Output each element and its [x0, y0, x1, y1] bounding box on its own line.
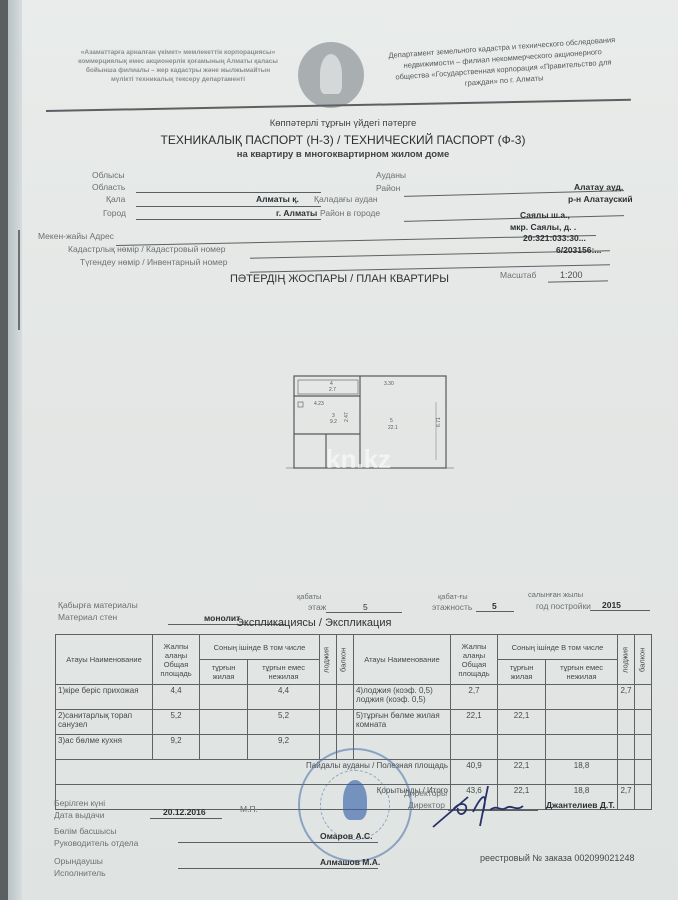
col-incl-2: Соның ішінде В том числе — [497, 635, 617, 660]
col-nonliving: тұрғын емес нежилая — [248, 660, 320, 685]
storeys-value: 5 — [492, 601, 497, 611]
row-nonliving — [546, 735, 618, 760]
cadastral-label: Кадастрлық нөмір / Кадастровый номер — [68, 244, 225, 254]
floor-line — [326, 612, 402, 613]
audany-label: Ауданы — [376, 170, 406, 180]
gorod-value: г. Алматы — [276, 208, 317, 218]
inventory-label: Түгендеу нөмір / Инвентарный номер — [80, 257, 227, 267]
storeys-label-ru: этажность — [432, 602, 472, 612]
row-living — [200, 710, 248, 735]
table-row: 1)кіре беріс прихожая4,44,44)лоджия (коэ… — [56, 685, 652, 710]
year-label-kz: салынған жылы — [528, 590, 583, 599]
org-name-ru: Департамент земельного кадастра и технич… — [387, 34, 620, 94]
row-total: 4,4 — [153, 685, 200, 710]
wall-label-ru: Материал стен — [58, 612, 117, 622]
doc-title: ТЕХНИКАЛЫҚ ПАСПОРТ (Н-3) / ТЕХНИЧЕСКИЙ П… — [8, 133, 678, 147]
stamp-emblem-icon — [343, 780, 367, 820]
row-balcony — [635, 710, 652, 735]
storeys-label-kz: қабат-ғы — [438, 592, 468, 601]
row-total: 5,2 — [153, 710, 200, 735]
table-row: 2)санитарлық торап санузел5,25,25)тұрғын… — [56, 710, 652, 735]
issued-line — [150, 818, 222, 819]
gov-logo-icon — [298, 42, 364, 108]
head-name: Омаров А.С. — [320, 831, 373, 841]
raion-gorod-label: Район в городе — [320, 208, 380, 218]
svg-text:22.1: 22.1 — [388, 425, 398, 431]
scale-value: 1:200 — [560, 270, 583, 280]
row-total: 9,2 — [153, 735, 200, 760]
useful-living: 22,1 — [497, 760, 545, 785]
subtitle-kz: Көппәтерлі тұрғын үйдегі пәтерге — [8, 118, 678, 129]
inventory-value: 6/203156:... — [556, 245, 601, 255]
col-total: Жалпы алаңы Общая площадь — [153, 635, 200, 685]
kala-value: Алматы қ. — [256, 194, 299, 204]
row-nonliving — [546, 685, 618, 710]
row-loggia: 2,7 — [618, 685, 635, 710]
row-balcony — [336, 710, 353, 735]
raion-value: Алатау ауд. — [574, 182, 623, 192]
row-loggia — [618, 735, 635, 760]
storeys-line — [476, 611, 514, 612]
scale-label: Масштаб — [500, 270, 536, 280]
row-name: 5)тұрғын бөлме жилая комната — [353, 710, 450, 735]
row-balcony — [635, 685, 652, 710]
row-loggia — [319, 710, 336, 735]
total-loggia: 2,7 — [618, 785, 635, 810]
col-total-2: Жалпы алаңы Общая площадь — [450, 635, 497, 685]
col-loggia-2: лоджия — [618, 635, 635, 685]
page-edge-shadow — [18, 230, 20, 330]
dim-3-30: 3.30 — [384, 381, 394, 387]
useful-loggia — [618, 760, 635, 785]
oblys-label: Облысы — [92, 170, 125, 180]
raion-label: Район — [376, 183, 400, 193]
row-living — [497, 735, 545, 760]
wall-label-kz: Қабырға материалы — [58, 600, 138, 610]
dim-6-71: 6.71 — [436, 417, 442, 427]
row-nonliving: 5,2 — [248, 710, 320, 735]
org-name-kz: «Азаматтарға арналған үкімет» мемлекетті… — [78, 48, 278, 84]
address-value-1: Саялы ш.а., — [520, 210, 570, 220]
dim-2-47: 2.47 — [344, 412, 350, 422]
head-line — [178, 842, 378, 843]
issued-label-kz: Берілген күні — [54, 798, 105, 808]
col-incl: Соның ішінде В том числе — [200, 635, 320, 660]
useful-nonliving: 18,8 — [546, 760, 618, 785]
useful-total: 40,9 — [450, 760, 497, 785]
col-name: Атауы Наименование — [56, 635, 153, 685]
gorod-label: Город — [103, 208, 126, 218]
row-total — [450, 735, 497, 760]
plan-title: ПӘТЕРДІҢ ЖОСПАРЫ / ПЛАН КВАРТИРЫ — [230, 273, 449, 285]
year-line — [590, 610, 650, 611]
exec-label-kz: Орындаушы — [54, 856, 103, 866]
subtitle-ru: на квартиру в многоквартирном жилом доме — [8, 149, 678, 160]
row-living — [200, 735, 248, 760]
oblast-line — [136, 192, 321, 193]
col-living-2: тұрғын жилая — [497, 660, 545, 685]
floor-label-ru: этаж — [308, 602, 326, 612]
exec-line — [178, 868, 378, 869]
year-value: 2015 — [602, 600, 621, 610]
address-value-2: мкр. Саялы, д. . — [510, 222, 576, 232]
document-page: «Азаматтарға арналған үкімет» мемлекетті… — [8, 0, 678, 900]
floor-plan: 3.30 4.23 2.47 6.71 42.7 39.2 522.1 kn.k… — [286, 372, 454, 480]
row-loggia — [319, 685, 336, 710]
row-loggia — [618, 710, 635, 735]
inventory-line — [250, 264, 610, 273]
signature-icon — [428, 782, 548, 832]
explication-title: Экспликациясы / Экспликация — [236, 617, 391, 629]
row-balcony — [635, 735, 652, 760]
floor-value: 5 — [363, 602, 368, 612]
floor-label-kz: қабаты — [297, 592, 321, 601]
order-number: реестровый № заказа 002099021248 — [480, 853, 634, 863]
total-balcony — [635, 785, 652, 810]
raion-gorod-line — [404, 215, 624, 222]
row-name: 4)лоджия (коэф. 0,5) лоджия (коэф. 0,5) — [353, 685, 450, 710]
head-label-ru: Руководитель отдела — [54, 838, 138, 848]
wall-value: монолит — [204, 613, 240, 623]
row-living — [497, 685, 545, 710]
issued-value: 20.12.2016 — [163, 807, 206, 817]
svg-text:9.2: 9.2 — [330, 419, 337, 425]
svg-text:2.7: 2.7 — [329, 387, 336, 393]
watermark: kn.kz — [326, 444, 391, 474]
row-name: 3)ас бөлме кухня — [56, 735, 153, 760]
exec-name: Алмашов М.А. — [320, 857, 380, 867]
row-nonliving — [546, 710, 618, 735]
address-label: Мекен-жайы Адрес — [38, 231, 114, 241]
row-name: 2)санитарлық торап санузел — [56, 710, 153, 735]
row-total: 22,1 — [450, 710, 497, 735]
oblast-label: Область — [92, 182, 125, 192]
row-total: 2,7 — [450, 685, 497, 710]
scale-line — [548, 280, 608, 282]
director-name: Джантелиев Д.Т. — [546, 800, 615, 810]
dim-4-23: 4.23 — [314, 401, 324, 407]
year-label-ru: год постройки — [536, 601, 591, 611]
col-loggia: лоджия — [319, 635, 336, 685]
head-label-kz: Бөлім басшысы — [54, 826, 116, 836]
cadastral-value: 20:321:033:30... — [523, 233, 586, 243]
raion-gorod-value: р-н Алатауский — [568, 194, 633, 204]
row-balcony — [336, 685, 353, 710]
col-name-2: Атауы Наименование — [353, 635, 450, 685]
row-nonliving: 4,4 — [248, 685, 320, 710]
svg-text:5: 5 — [390, 418, 393, 424]
row-living — [200, 685, 248, 710]
row-living: 22,1 — [497, 710, 545, 735]
useful-balcony — [635, 760, 652, 785]
col-balcony-2: балкон — [635, 635, 652, 685]
row-nonliving: 9,2 — [248, 735, 320, 760]
kala-audan-label: Қаладағы аудан — [314, 194, 378, 204]
exec-label-ru: Исполнитель — [54, 868, 106, 878]
kala-label: Қала — [106, 194, 125, 204]
col-nonliving-2: тұрғын емес нежилая — [546, 660, 618, 685]
col-balcony: балкон — [336, 635, 353, 685]
mp-label: М.П. — [240, 804, 258, 814]
row-name: 1)кіре беріс прихожая — [56, 685, 153, 710]
issued-label-ru: Дата выдачи — [54, 810, 105, 820]
kala-line — [136, 206, 321, 207]
col-living: тұрғын жилая — [200, 660, 248, 685]
gorod-line — [136, 219, 321, 220]
